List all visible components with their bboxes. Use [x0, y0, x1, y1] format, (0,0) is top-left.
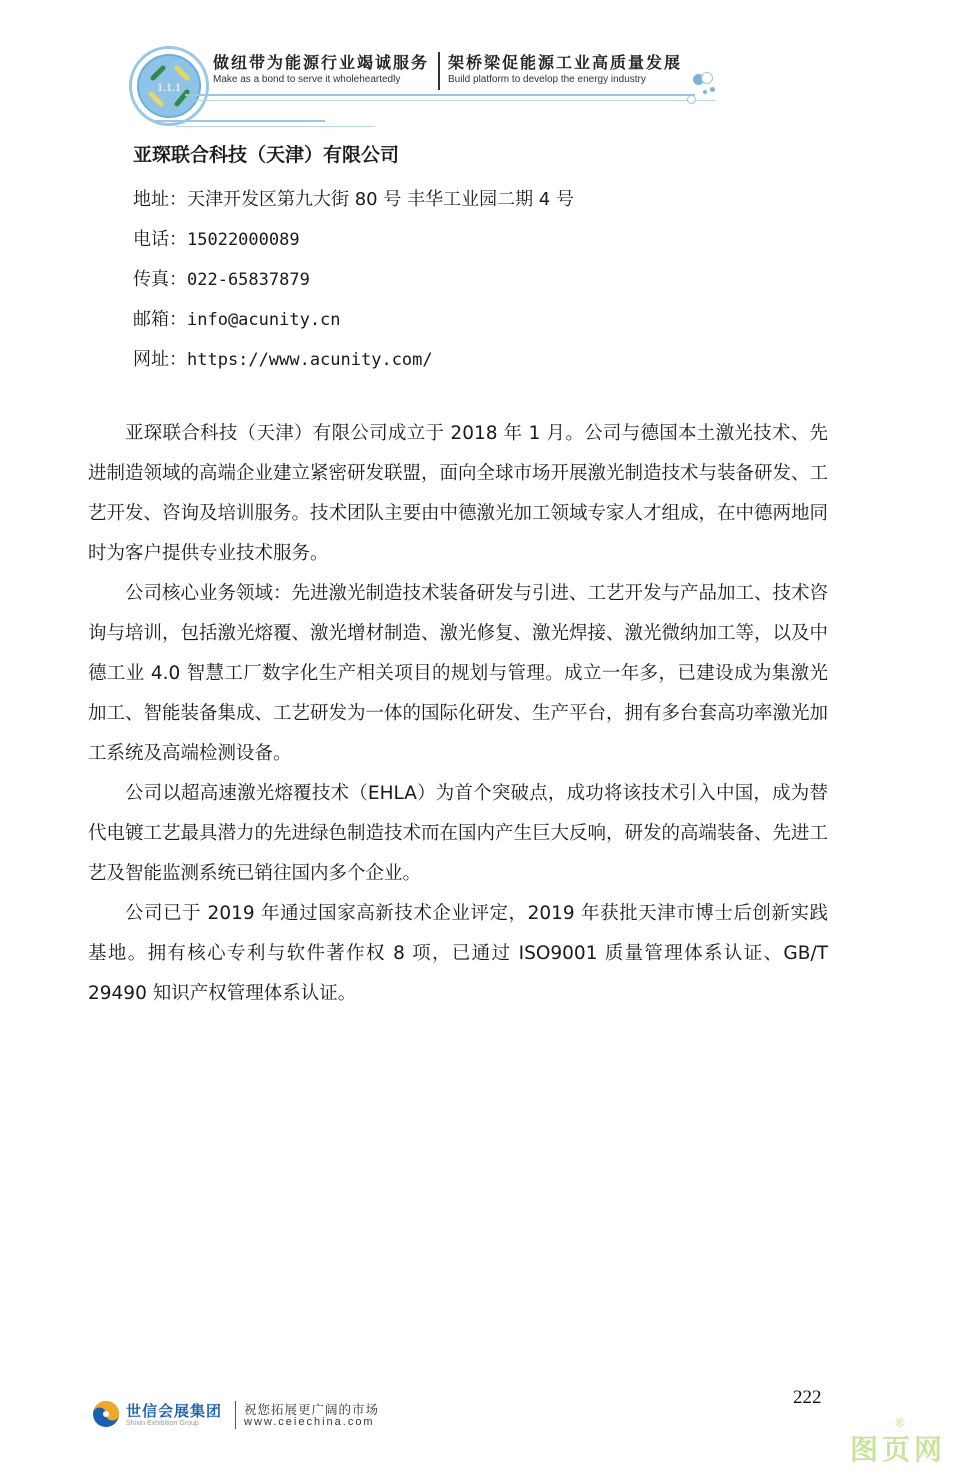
decorative-dot-icon: [701, 72, 713, 84]
decorative-dot-icon: [710, 87, 715, 92]
fax-row: 传真：022-65837879: [133, 260, 574, 300]
email-value: info@acunity.cn: [187, 310, 341, 330]
slogan-right-cn: 架桥梁促能源工业高质量发展: [448, 50, 682, 73]
page-number: 222: [793, 1387, 822, 1409]
address-row: 地址：天津开发区第九大街 80 号 丰华工业园二期 4 号: [133, 180, 574, 220]
slogan-divider: [438, 52, 440, 90]
registered-icon: ®: [894, 1416, 910, 1430]
svg-text:1.1.1: 1.1.1: [157, 80, 181, 94]
energy-logo-icon: 1.1.1: [137, 54, 201, 118]
contact-block: 亚琛联合科技（天津）有限公司 地址：天津开发区第九大街 80 号 丰华工业园二期…: [133, 140, 574, 380]
website-label: 网址：: [133, 349, 187, 370]
company-name: 亚琛联合科技（天津）有限公司: [133, 140, 574, 180]
shixin-logo-icon: [92, 1400, 120, 1428]
fax-label: 传真：: [133, 269, 187, 290]
footer-logo: 世信会展集团 Shixin Exhibition Group 祝您拓展更广阔的市…: [92, 1398, 392, 1434]
footer-divider: [235, 1401, 236, 1429]
group-name: 世信会展集团: [126, 1400, 222, 1421]
paragraph: 公司核心业务领域：先进激光制造技术装备研发与引进、工艺开发与产品加工、技术咨询与…: [88, 574, 828, 774]
company-description: 亚琛联合科技（天津）有限公司成立于 2018 年 1 月。公司与德国本土激光技术…: [88, 414, 828, 1014]
phone-label: 电话：: [133, 229, 187, 250]
email-row: 邮箱：info@acunity.cn: [133, 300, 574, 340]
paragraph: 亚琛联合科技（天津）有限公司成立于 2018 年 1 月。公司与德国本土激光技术…: [88, 414, 828, 574]
email-label: 邮箱：: [133, 309, 187, 330]
group-name-en: Shixin Exhibition Group: [126, 1420, 199, 1427]
phone-row: 电话：15022000089: [133, 220, 574, 260]
phone-value: 15022000089: [187, 230, 300, 250]
slogan-left-cn: 做纽带为能源行业竭诚服务: [213, 50, 429, 73]
decorative-line: [175, 126, 375, 127]
paragraph: 公司以超高速激光熔覆技术（EHLA）为首个突破点，成功将该技术引入中国，成为替代…: [88, 774, 828, 894]
watermark: 图页网 ®: [850, 1428, 946, 1468]
decorative-line: [195, 100, 715, 101]
paragraph: 公司已于 2019 年通过国家高新技术企业评定，2019 年获批天津市博士后创新…: [88, 894, 828, 1014]
address-label: 地址：: [133, 189, 187, 210]
decorative-line: [155, 120, 325, 122]
slogan-left-en: Make as a bond to serve it wholeheartedl…: [213, 74, 400, 85]
header-banner: 1.1.1 做纽带为能源行业竭诚服务 Make as a bond to ser…: [125, 40, 725, 120]
address-value: 天津开发区第九大街 80 号 丰华工业园二期 4 号: [187, 189, 574, 210]
decorative-dot-icon: [703, 90, 707, 94]
watermark-text: 图页网: [850, 1433, 946, 1466]
fax-value: 022-65837879: [187, 270, 310, 290]
decorative-dot-icon: [687, 95, 696, 104]
website-row: 网址：https://www.acunity.com/: [133, 340, 574, 380]
decorative-line: [185, 94, 695, 96]
footer-url: www.ceiechina.com: [244, 1416, 375, 1428]
slogan-right-en: Build platform to develop the energy ind…: [448, 74, 646, 85]
website-value: https://www.acunity.com/: [187, 350, 433, 370]
